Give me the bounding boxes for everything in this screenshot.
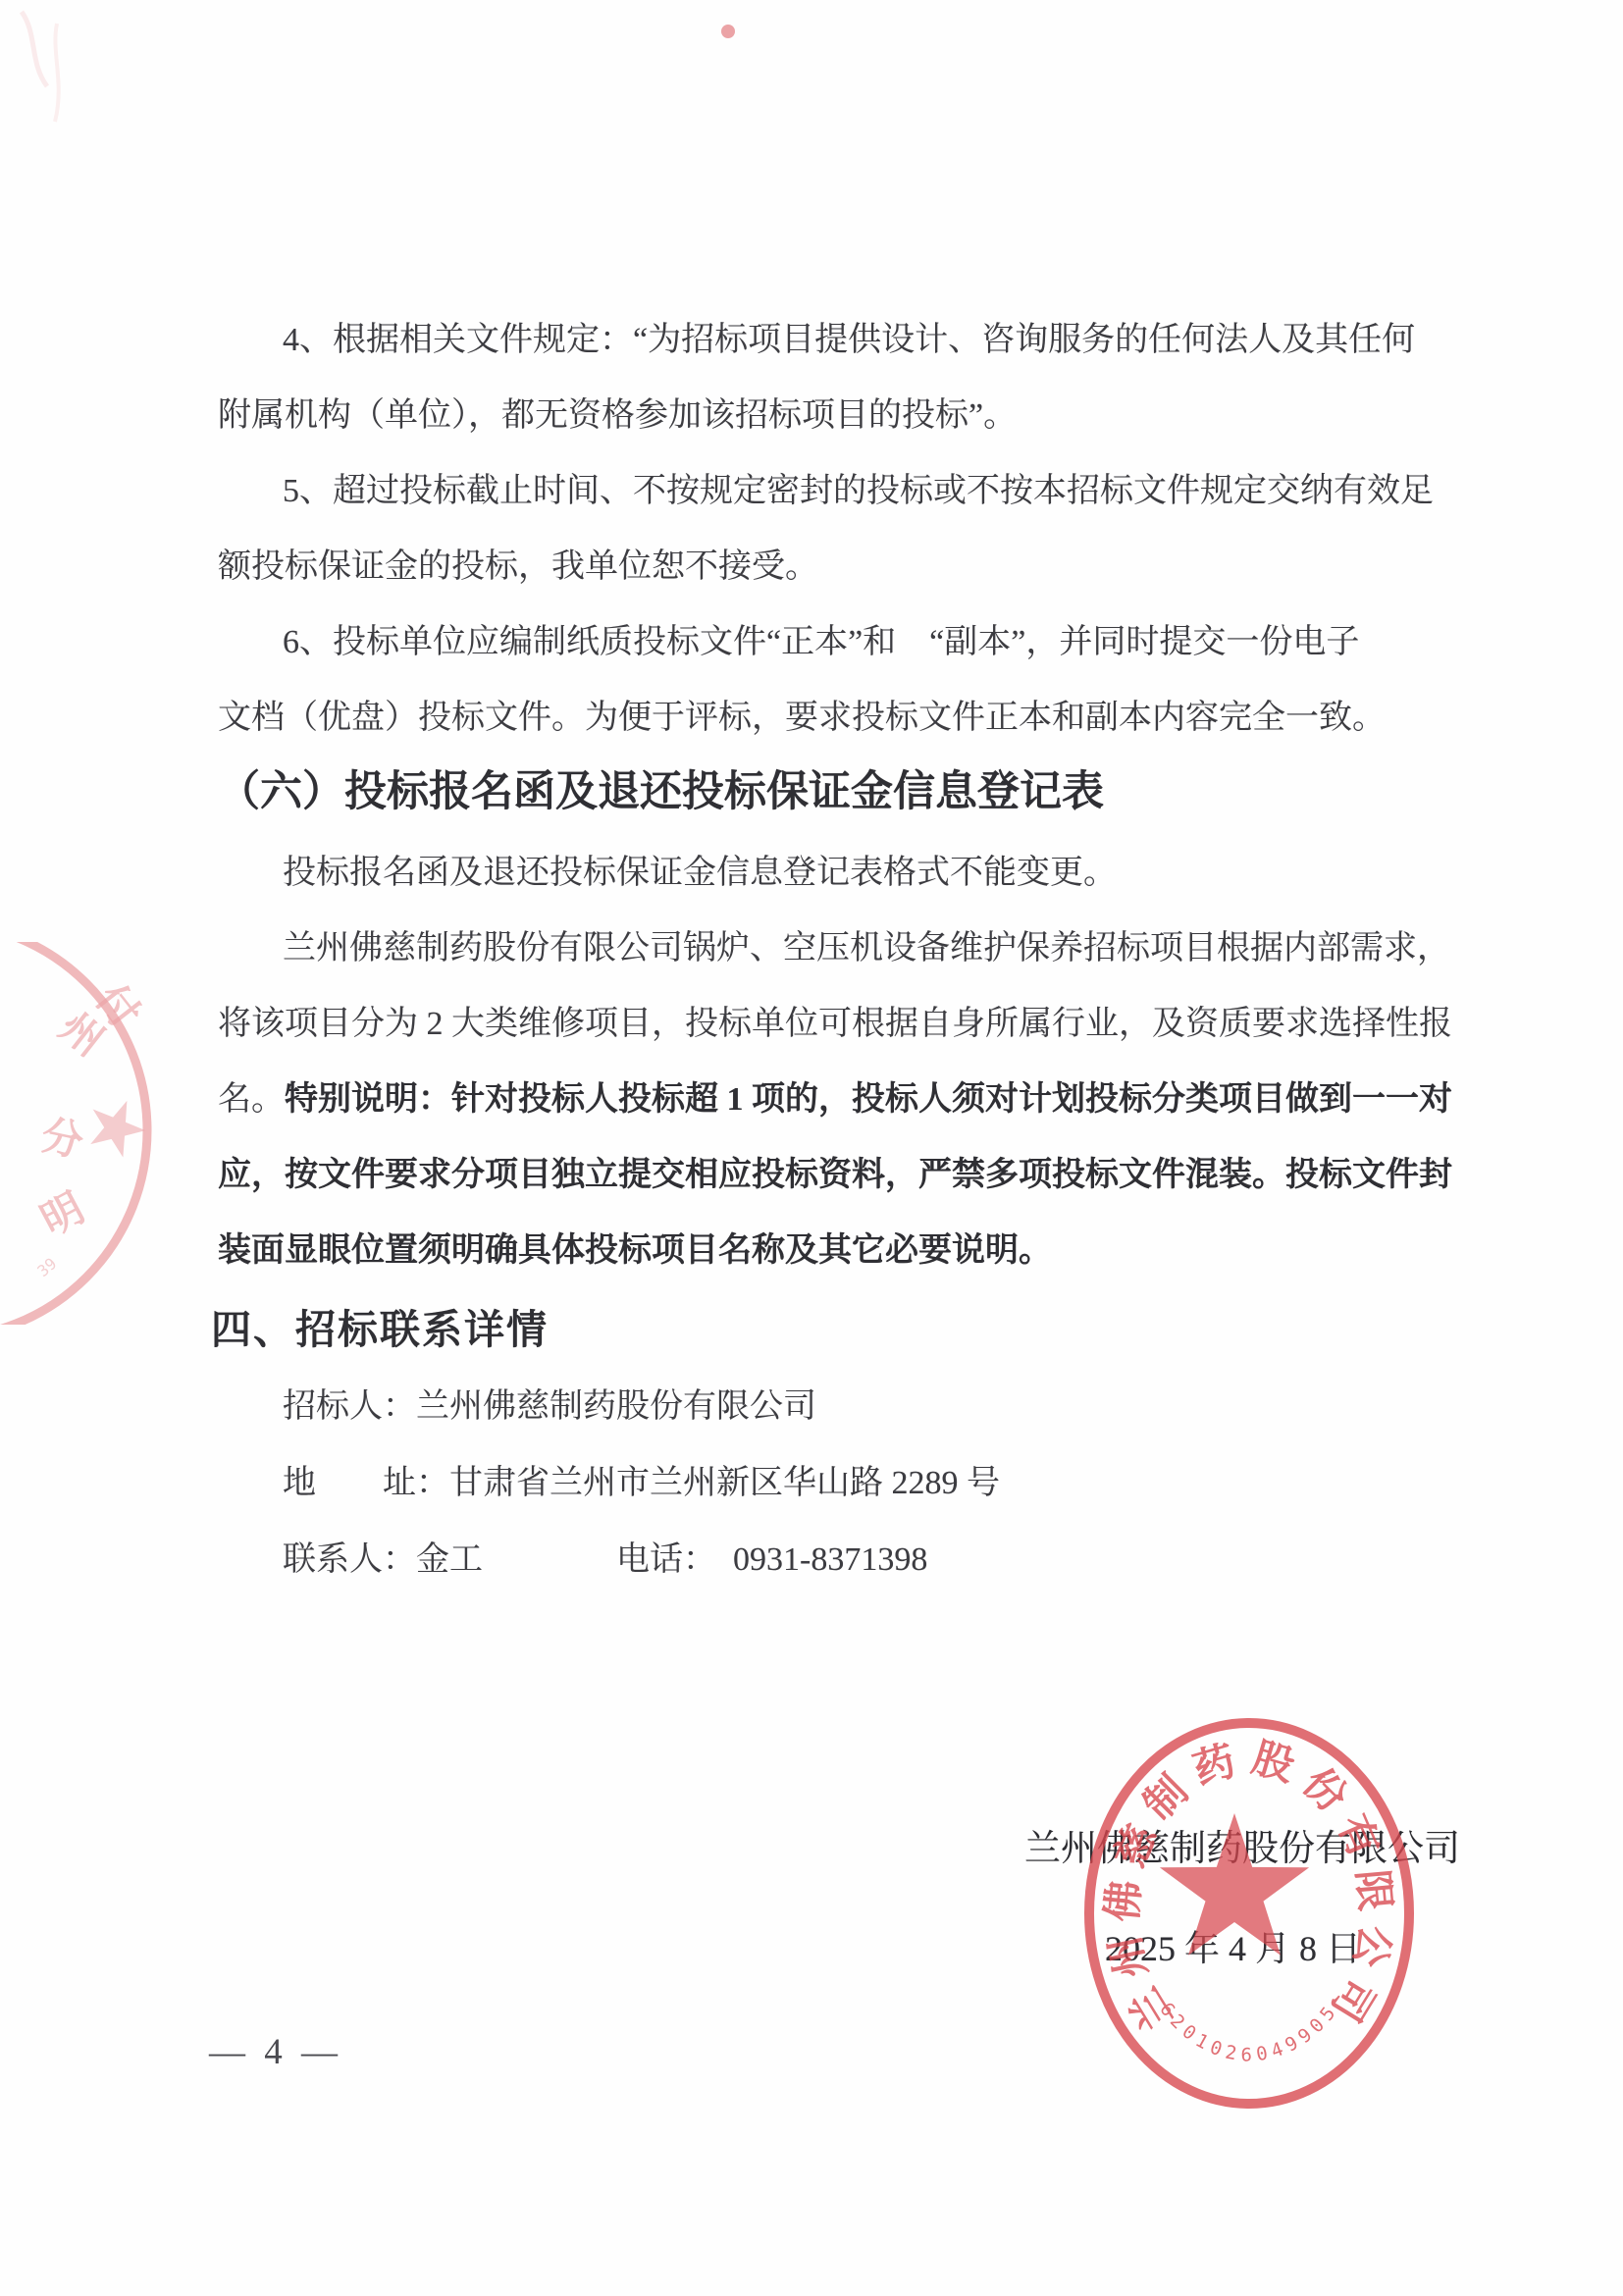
- text-line: 将该项目分为 2 大类维修项目，投标单位可根据自身所属行业，及资质要求选择性报: [218, 1008, 1452, 1041]
- text-line: 兰州佛慈制药股份有限公司锅炉、空压机设备维护保养招标项目根据内部需求，: [283, 932, 1450, 965]
- text-line: 应，按文件要求分项目独立提交相应投标资料，严禁多项投标文件混装。投标文件封: [218, 1159, 1452, 1192]
- section-heading: 四、招标联系详情: [211, 1310, 549, 1350]
- company-seal-stamp: 兰州佛慈制药股份有限公司 6201026049905: [1060, 1702, 1442, 2124]
- text-line: 名。特别说明：针对投标人投标超 1 项的，投标人须对计划投标分类项目做到一一对: [218, 1083, 1452, 1117]
- text-line: 联系人：金工 电话： 0931-8371398: [283, 1543, 927, 1577]
- scan-artifact-top-left: [8, 4, 96, 141]
- text-line: 4、根据相关文件规定：“为招标项目提供设计、咨询服务的任何法人及其任何: [283, 324, 1415, 357]
- text-line: 招标人：兰州佛慈制药股份有限公司: [283, 1390, 816, 1424]
- svg-text:分: 分: [37, 1113, 87, 1167]
- text-line: 文档（优盘）投标文件。为便于评标，要求投标文件正本和副本内容完全一致。: [218, 702, 1386, 735]
- page-number: — 4 —: [209, 2031, 342, 2073]
- text-line: 额投标保证金的投标，我单位恕不接受。: [218, 550, 818, 584]
- text-line: 6、投标单位应编制纸质投标文件“正本”和 “副本”，并同时提交一份电子: [283, 626, 1359, 659]
- text-line: 投标报名函及退还投标保证金信息登记表格式不能变更。: [283, 857, 1117, 890]
- seal-serial-number: 6201026049905: [1155, 1999, 1343, 2065]
- section-heading: （六）投标报名函及退还投标保证金信息登记表: [218, 771, 1104, 813]
- seal-star-icon: [1160, 1813, 1309, 1956]
- text-line: 地 址：甘肃省兰州市兰州新区华山路 2289 号: [283, 1467, 1000, 1500]
- document-page: 4、根据相关文件规定：“为招标项目提供设计、咨询服务的任何法人及其任何附属机构（…: [0, 0, 1623, 2296]
- partial-seal-digit-fragment: 39: [33, 1254, 60, 1280]
- partial-seal-stamp-left-edge: 州 付 分 明 39: [0, 942, 167, 1325]
- text-line: 5、超过投标截止时间、不按规定密封的投标或不按本招标文件规定交纳有效足: [283, 475, 1434, 508]
- svg-text:明: 明: [34, 1185, 92, 1244]
- text-line: 装面显眼位置须明确具体投标项目名称及其它必要说明。: [218, 1234, 1052, 1268]
- scan-artifact-red-dot: [714, 18, 742, 45]
- text-line: 附属机构（单位），都无资格参加该招标项目的投标”。: [218, 399, 1017, 433]
